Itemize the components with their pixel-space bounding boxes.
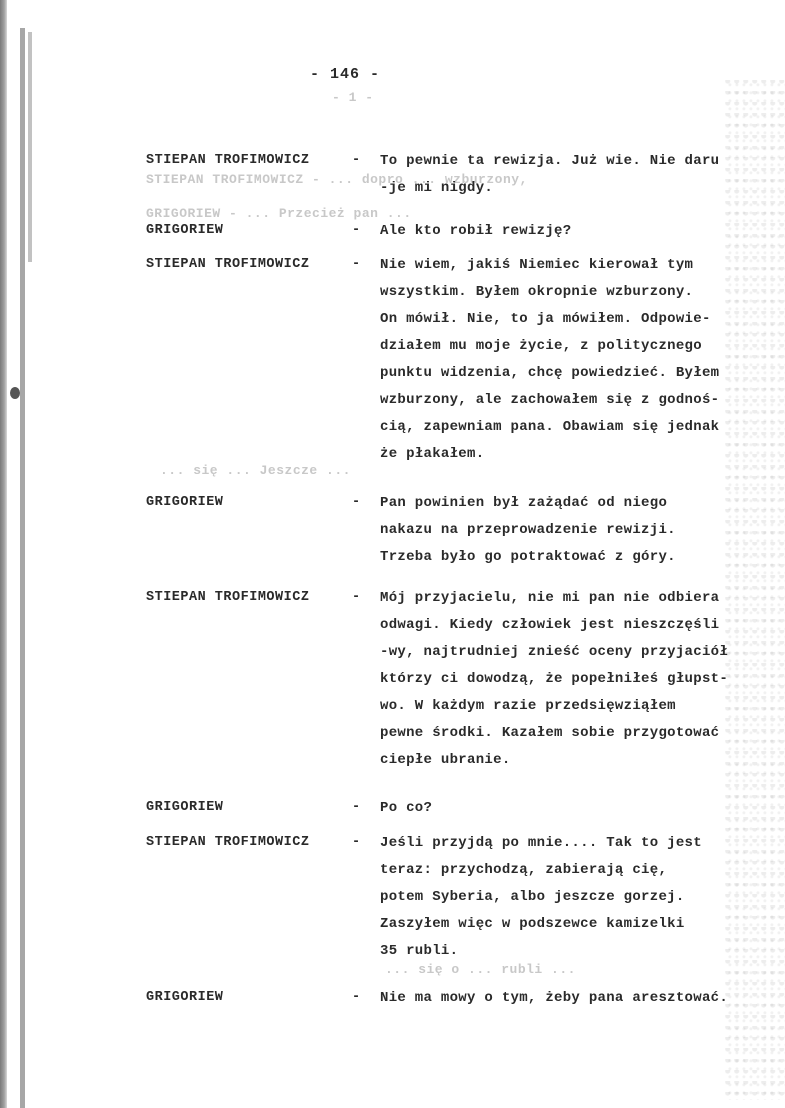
speaker-name: GRIGORIEW [146, 800, 223, 815]
dialogue-text: Jeśli przyjdą po mnie.... Tak to jestter… [380, 830, 702, 965]
dialogue-line: teraz: przychodzą, zabierają cię, [380, 857, 702, 884]
dialogue-line: Pan powinien był zażądać od niego [380, 490, 676, 517]
dialogue-line: wszystkim. Byłem okropnie wzburzony. [380, 279, 719, 306]
dialogue-line: ciepłe ubranie. [380, 747, 728, 774]
speaker-name: GRIGORIEW [146, 223, 223, 238]
scan-noise [725, 80, 785, 1100]
speaker-name: GRIGORIEW [146, 990, 223, 1005]
speaker-dash: - [352, 835, 360, 850]
bleed-through-text: GRIGORIEW - ... Przecież pan ... [146, 206, 412, 221]
dialogue-line: Mój przyjacielu, nie mi pan nie odbiera [380, 585, 728, 612]
dialogue-line: cią, zapewniam pana. Obawiam się jednak [380, 414, 719, 441]
dialogue-line: Po co? [380, 795, 432, 822]
punch-hole [10, 387, 20, 399]
dialogue-line: Jeśli przyjdą po mnie.... Tak to jest [380, 830, 702, 857]
dialogue-line: On mówił. Nie, to ja mówiłem. Odpowie- [380, 306, 719, 333]
dialogue-text: Ale kto robił rewizję? [380, 218, 571, 245]
speaker-name: STIEPAN TROFIMOWICZ [146, 590, 309, 605]
speaker-dash: - [352, 990, 360, 1005]
speaker-dash: - [352, 800, 360, 815]
speaker-name: STIEPAN TROFIMOWICZ [146, 835, 309, 850]
scan-binding-stripe [20, 28, 25, 1108]
dialogue-line: że płakałem. [380, 441, 719, 468]
speaker-name: STIEPAN TROFIMOWICZ [146, 153, 309, 168]
dialogue-text: Po co? [380, 795, 432, 822]
dialogue-line: To pewnie ta rewizja. Już wie. Nie daru [380, 148, 719, 175]
dialogue-line: punktu widzenia, chcę powiedzieć. Byłem [380, 360, 719, 387]
dialogue-text: To pewnie ta rewizja. Już wie. Nie daru-… [380, 148, 719, 202]
dialogue-line: Trzeba było go potraktować z góry. [380, 544, 676, 571]
dialogue-line: wo. W każdym razie przedsięwziąłem [380, 693, 728, 720]
speaker-dash: - [352, 223, 360, 238]
dialogue-line: Zaszyłem więc w podszewce kamizelki [380, 911, 702, 938]
dialogue-line: -je mi nigdy. [380, 175, 719, 202]
speaker-dash: - [352, 257, 360, 272]
speaker-dash: - [352, 590, 360, 605]
speaker-name: STIEPAN TROFIMOWICZ [146, 257, 309, 272]
speaker-dash: - [352, 495, 360, 510]
dialogue-line: pewne środki. Kazałem sobie przygotować [380, 720, 728, 747]
dialogue-line: którzy ci dowodzą, że popełniłeś głupst- [380, 666, 728, 693]
dialogue-line: 35 rubli. [380, 938, 702, 965]
dialogue-line: potem Syberia, albo jeszcze gorzej. [380, 884, 702, 911]
dialogue-line: -wy, najtrudniej znieść oceny przyjaciół [380, 639, 728, 666]
dialogue-text: Nie wiem, jakiś Niemiec kierował tymwszy… [380, 252, 719, 468]
ghost-page-number: - 1 - [332, 90, 374, 105]
dialogue-line: odwagi. Kiedy człowiek jest nieszczęśli [380, 612, 728, 639]
dialogue-line: Nie ma mowy o tym, żeby pana aresztować. [380, 985, 728, 1012]
dialogue-text: Pan powinien był zażądać od niegonakazu … [380, 490, 676, 571]
dialogue-line: Nie wiem, jakiś Niemiec kierował tym [380, 252, 719, 279]
speaker-name: GRIGORIEW [146, 495, 223, 510]
speaker-dash: - [352, 153, 360, 168]
dialogue-line: wzburzony, ale zachowałem się z godnoś- [380, 387, 719, 414]
dialogue-text: Mój przyjacielu, nie mi pan nie odbierao… [380, 585, 728, 774]
dialogue-line: działem mu moje życie, z politycznego [380, 333, 719, 360]
bleed-through-text: ... się ... Jeszcze ... [160, 463, 351, 478]
scan-binding-edge [0, 0, 7, 1108]
dialogue-text: Nie ma mowy o tym, żeby pana aresztować. [380, 985, 728, 1012]
page-number: - 146 - [300, 66, 390, 83]
dialogue-line: Ale kto robił rewizję? [380, 218, 571, 245]
scan-binding-stripe-secondary [28, 32, 32, 262]
dialogue-line: nakazu na przeprowadzenie rewizji. [380, 517, 676, 544]
